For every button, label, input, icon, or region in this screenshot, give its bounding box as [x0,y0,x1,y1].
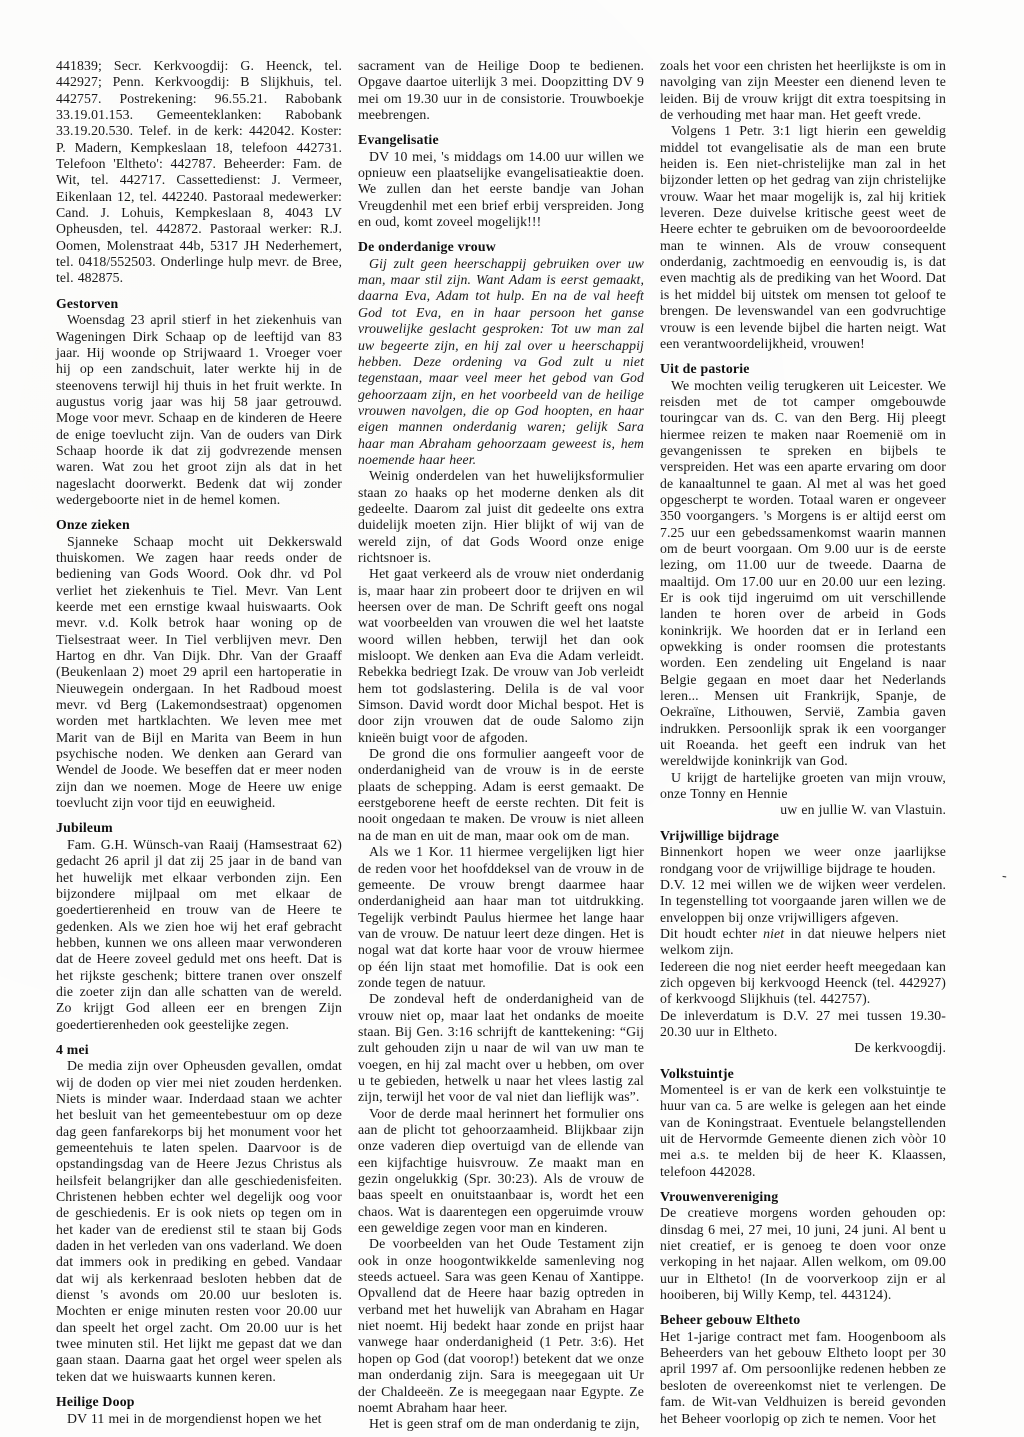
paragraph: DV 11 mei in de morgendienst hopen we he… [56,1411,342,1427]
paragraph: Momenteel is er van de kerk een volkstui… [660,1082,946,1180]
paragraph: 441839; Secr. Kerkvoogdij: G. Heenck, te… [56,58,342,287]
paragraph: Weinig onderdelen van het huwelijksformu… [358,468,644,566]
paragraph: De zondeval heft de onderdanigheid van d… [358,991,644,1105]
section-heading: De onderdanige vrouw [358,239,644,255]
paragraph: Gij zult geen heerschappij gebruiken ove… [358,256,644,468]
section-heading: 4 mei [56,1042,342,1058]
paragraph: Volgens 1 Petr. 3:1 ligt hierin een gewe… [660,123,946,352]
section-heading: Vrouwenvereniging [660,1189,946,1205]
paragraph: D.V. 12 mei willen we de wijken weer ver… [660,877,946,926]
paragraph: zoals het voor een christen het heerlijk… [660,58,946,123]
paragraph: Voor de derde maal herinnert het formuli… [358,1106,644,1237]
section-heading: Vrijwillige bijdrage [660,828,946,844]
paragraph: De grond die ons formulier aangeeft voor… [358,746,644,844]
paragraph: De creatieve morgens worden gehouden op:… [660,1205,946,1303]
section-heading: Heilige Doop [56,1394,342,1410]
text-column-3: zoals het voor een christen het heerlijk… [660,58,946,1427]
paragraph: sacrament van de Heilige Doop te bediene… [358,58,644,123]
paragraph: De kerkvoogdij. [660,1040,946,1056]
paragraph: Woensdag 23 april stierf in het ziekenhu… [56,312,342,508]
section-heading: Uit de pastorie [660,361,946,377]
paragraph: Sjanneke Schaap mocht uit Dekkerswald th… [56,534,342,812]
paragraph: Iedereen die nog niet eerder heeft meege… [660,959,946,1008]
paragraph: U krijgt de hartelijke groeten van mijn … [660,770,946,803]
section-heading: Evangelisatie [358,132,644,148]
paragraph: Dit houdt echter niet in dat nieuwe help… [660,926,946,959]
paragraph: DV 10 mei, 's middags om 14.00 uur wille… [358,149,644,231]
paragraph: De voorbeelden van het Oude Testament zi… [358,1236,644,1416]
paragraph: Het 1-jarige contract met fam. Hoogenboo… [660,1329,946,1427]
section-heading: Gestorven [56,296,342,312]
section-heading: Jubileum [56,820,342,836]
paragraph: De inleverdatum is D.V. 27 mei tussen 19… [660,1008,946,1041]
section-heading: Onze zieken [56,517,342,533]
section-heading: Volkstuintje [660,1066,946,1082]
paragraph: Binnenkort hopen we weer onze jaarlijkse… [660,844,946,877]
paragraph: uw en jullie W. van Vlastuin. [660,802,946,818]
paragraph: Fam. G.H. Wünsch-van Raaij (Hamsestraat … [56,837,342,1033]
text-column-2: sacrament van de Heilige Doop te bediene… [358,58,644,1427]
paragraph: Het is geen straf om de man onderdanig t… [358,1416,644,1432]
text-column-1: 441839; Secr. Kerkvoogdij: G. Heenck, te… [56,58,342,1427]
emphasized-text: niet [763,926,784,941]
paragraph: Het gaat verkeerd als de vrouw niet onde… [358,566,644,746]
section-heading: Beheer gebouw Eltheto [660,1312,946,1328]
paragraph: Als we 1 Kor. 11 hiermee vergelijken lig… [358,844,644,991]
text-run: Dit houdt echter [660,926,763,941]
paragraph: De media zijn over Opheusden gevallen, o… [56,1058,342,1385]
paragraph: We mochten veilig terugkeren uit Leicest… [660,378,946,770]
scanned-newsletter-page: 441839; Secr. Kerkvoogdij: G. Heenck, te… [0,0,1024,1437]
